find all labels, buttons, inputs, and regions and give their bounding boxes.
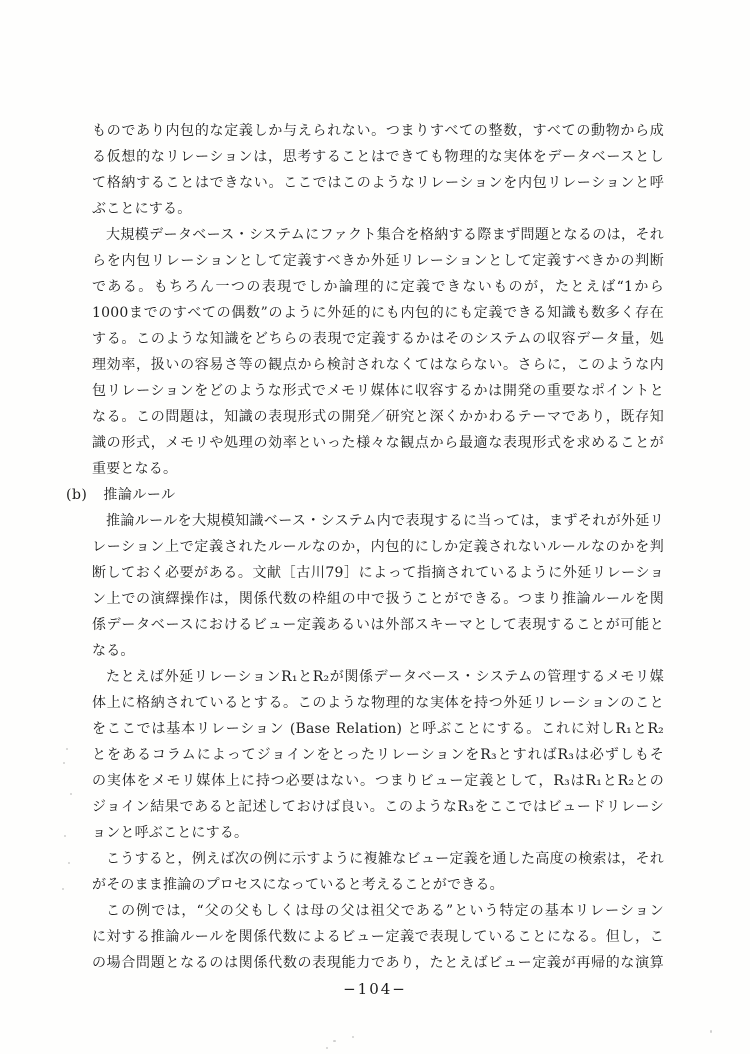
scan-speckle (326, 1047, 328, 1049)
text-line: する。このような知識をどちらの表現で定義するかはそのシステムの収容データ量，処 (92, 326, 664, 352)
text-line: ものであり内包的な定義しか与えられない。つまりすべての整数，すべての動物から成 (92, 118, 664, 144)
paragraph-inference-rules: 推論ルールを大規模知識ベース・システム内で表現するに当っては，まずそれが外延リ … (92, 508, 664, 664)
paragraph-continuation: ものであり内包的な定義しか与えられない。つまりすべての整数，すべての動物から成 … (92, 118, 664, 222)
text-line: 大規模データベース・システムにファクト集合を格納する際まず問題となるのは，それ (92, 222, 664, 248)
text-block: ものであり内包的な定義しか与えられない。つまりすべての整数，すべての動物から成 … (92, 118, 664, 976)
text-line: がそのまま推論のプロセスになっていると考えることができる。 (92, 872, 664, 898)
paragraph-base-relation: たとえば外延リレーションR₁とR₂が関係データベース・システムの管理するメモリ媒… (92, 664, 664, 846)
text-line: なる。この問題は，知識の表現形式の開発／研究と深くかかわるテーマであり，既存知 (92, 404, 664, 430)
text-line: 体上に格納されているとする。このような物理的な実体を持つ外延リレーションのこと (92, 690, 664, 716)
text-line: である。もちろん一つの表現でしか論理的に定義できないものが，たとえば“1から (92, 274, 664, 300)
paragraph-grandfather-example: この例では，“父の父もしくは母の父は祖父である”という特定の基本リレーション に… (92, 898, 664, 976)
text-line: 係データベースにおけるビュー定義あるいは外部スキーマとして表現することが可能と (92, 612, 664, 638)
text-line: この例では，“父の父もしくは母の父は祖父である”という特定の基本リレーション (92, 898, 664, 924)
scan-speckle (62, 888, 64, 890)
text-line: 推論ルールを大規模知識ベース・システム内で表現するに当っては，まずそれが外延リ (92, 508, 664, 534)
text-line: る仮想的なリレーションは，思考することはできても物理的な実体をデータベースとし (92, 144, 664, 170)
paragraph-fact-storage: 大規模データベース・システムにファクト集合を格納する際まず問題となるのは，それ … (92, 222, 664, 482)
scanned-document-page: ものであり内包的な定義しか与えられない。つまりすべての整数，すべての動物から成 … (0, 0, 750, 1054)
text-line: なる。 (92, 638, 664, 664)
section-heading-b: (b)推論ルール (66, 482, 664, 508)
paragraph-view-search: こうすると，例えば次の例に示すように複雑なビュー定義を通した高度の検索は，それ … (92, 846, 664, 898)
text-line: ョンと呼ぶことにする。 (92, 820, 664, 846)
text-line: とをあるコラムによってジョインをとったリレーションをR₃とすればR₃は必ずしもそ (92, 742, 664, 768)
scan-speckle (333, 1040, 336, 1042)
text-line: 断しておく必要がある。文献［古川79］によって指摘されているように外延リレーショ (92, 560, 664, 586)
scan-speckle (68, 862, 70, 864)
section-title: 推論ルール (103, 487, 175, 503)
text-line: こうすると，例えば次の例に示すように複雑なビュー定義を通した高度の検索は，それ (92, 846, 664, 872)
text-line: らを内包リレーションとして定義すべきか外延リレーションとして定義すべきかの判断 (92, 248, 664, 274)
page-number: −104− (0, 980, 750, 998)
text-line: をここでは基本リレーション (Base Relation) と呼ぶことにする。こ… (92, 716, 664, 742)
text-line: 識の形式，メモリや処理の効率といった様々な観点から最適な表現形式を求めることが (92, 430, 664, 456)
scan-speckle (66, 748, 68, 750)
text-line: 理効率，扱いの容易さ等の観点から検討されなくてはならない。さらに，このような内 (92, 352, 664, 378)
text-line: ン上での演繹操作は，関係代数の枠組の中で扱うことができる。つまり推論ルールを関 (92, 586, 664, 612)
text-line: の実体をメモリ媒体上に持つ必要はない。つまりビュー定義として，R₃はR₁とR₂と… (92, 768, 664, 794)
scan-speckle (70, 793, 72, 795)
text-line: に対する推論ルールを関係代数によるビュー定義で表現していることになる。但し，こ (92, 924, 664, 950)
text-line: たとえば外延リレーションR₁とR₂が関係データベース・システムの管理するメモリ媒 (92, 664, 664, 690)
scan-speckle (352, 1036, 354, 1038)
text-line: 1000までのすべての偶数”のように外延的にも内包的にも定義できる知識も数多く存… (92, 300, 664, 326)
text-line: ぶことにする。 (92, 196, 664, 222)
scan-speckle (710, 1030, 712, 1033)
section-marker: (b) (66, 482, 87, 508)
text-line: 重要となる。 (92, 456, 664, 482)
text-line: レーション上で定義されたルールなのか，内包的にしか定義されないルールなのかを判 (92, 534, 664, 560)
text-line: ジョイン結果であると記述しておけば良い。このようなR₃をここではビュードリレーシ (92, 794, 664, 820)
text-line: の場合問題となるのは関係代数の表現能力であり，たとえばビュー定義が再帰的な演算 (92, 950, 664, 976)
text-line: 包リレーションをどのような形式でメモリ媒体に収容するかは開発の重要なポイントと (92, 378, 664, 404)
scan-speckle (63, 762, 65, 764)
text-line: て格納することはできない。ここではこのようなリレーションを内包リレーションと呼 (92, 170, 664, 196)
scan-speckle (64, 835, 66, 837)
